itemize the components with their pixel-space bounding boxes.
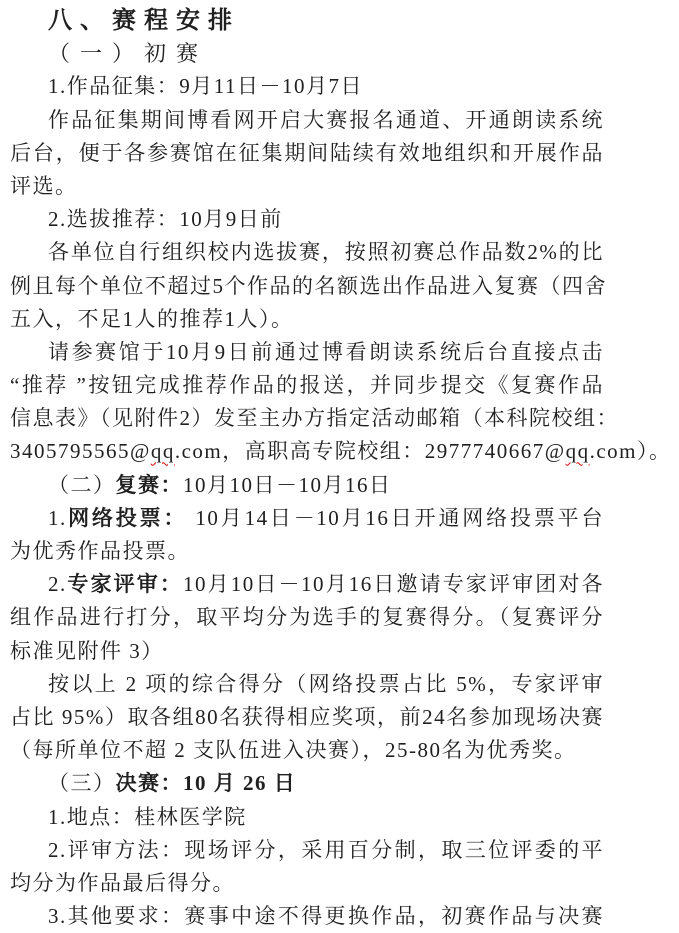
text-run: （二） (48, 473, 116, 497)
text-line: （每所单位不超 2 支队伍进入决赛），25-80名为优秀奖。 (10, 734, 604, 767)
text-run: （每所单位不超 2 支队伍进入决赛），25-80名为优秀奖。 (10, 738, 577, 762)
text-line: “推荐 ”按钮完成推荐作品的报送，并同步提交《复赛作品 (10, 369, 604, 402)
text-run: 评选。 (10, 174, 78, 198)
subsection-heading-semifinal: （二）复赛：10月10日－10月16日 (10, 469, 604, 502)
text-run: 3405795565@ (10, 439, 151, 463)
text-line: 作品征集期间博看网开启大赛报名通道、开通朗读系统 (10, 104, 604, 137)
text-run: 决赛：10 月 26 日 (116, 771, 297, 795)
text-run: （一）初赛 (48, 41, 208, 66)
text-run: 专家评审： (67, 572, 183, 596)
text-line: 1.作品征集：9月11日－10月7日 (10, 70, 604, 103)
text-line: 2.选拔推荐：10月9日前 (10, 203, 604, 236)
text-line: 各单位自行组织校内选拔赛，按照初赛总作品数2%的比 (10, 236, 604, 269)
text-run: 标准见附件 3） (10, 639, 164, 663)
text-run: 1.作品征集：9月11日－10月7日 (48, 74, 363, 98)
text-line: 1.网络投票： 10月14日－10月16日开通网络投票平台 (10, 502, 604, 535)
document-page: 八、赛程安排（一）初赛1.作品征集：9月11日－10月7日作品征集期间博看网开启… (0, 0, 679, 933)
text-line: 3.其他要求：赛事中途不得更换作品，初赛作品与决赛 (10, 900, 604, 933)
text-run: 网络投票： (67, 506, 188, 530)
text-line: 2.专家评审：10月10日－10月16日邀请专家评审团对各 (10, 568, 604, 601)
text-run: 10月10日－10月16日邀请专家评审团对各 (183, 572, 604, 596)
text-run: （三） (48, 771, 116, 795)
section-heading: 八、赛程安排 (10, 4, 604, 37)
text-line: 均分为作品最后得分。 (10, 867, 604, 900)
subsection-heading-final: （三）决赛：10 月 26 日 (10, 767, 604, 800)
document-text-body: 八、赛程安排（一）初赛1.作品征集：9月11日－10月7日作品征集期间博看网开启… (10, 4, 604, 933)
text-line: 2.评审方法：现场评分，采用百分制，取三位评委的平 (10, 834, 604, 867)
text-line: 五入，不足1人的推荐1人）。 (10, 303, 604, 336)
text-run: 五入，不足1人的推荐1人）。 (10, 307, 294, 331)
text-run: 作品征集期间博看网开启大赛报名通道、开通朗读系统 (48, 108, 604, 132)
text-line: 例且每个单位不超过5个作品的名额选出作品进入复赛（四舍 (10, 270, 604, 303)
subsection-heading-preliminary: （一）初赛 (10, 37, 604, 70)
text-run: 1.地点：桂林医学院 (48, 805, 247, 829)
text-run: 2.评审方法：现场评分，采用百分制，取三位评委的平 (48, 838, 604, 862)
text-run: 3.其他要求：赛事中途不得更换作品，初赛作品与决赛 (48, 904, 604, 928)
text-run: .com，高职高专院校组：2977740667@ (175, 439, 566, 463)
text-run: 例且每个单位不超过5个作品的名额选出作品进入复赛（四舍 (10, 274, 607, 298)
text-run: 各单位自行组织校内选拔赛，按照初赛总作品数2%的比 (48, 240, 604, 264)
text-run: 1. (48, 506, 67, 530)
text-line: 信息表》（见附件2）发至主办方指定活动邮箱（本科院校组： (10, 402, 604, 435)
text-line: 标准见附件 3） (10, 635, 604, 668)
text-run: 按以上 2 项的综合得分（网络投票占比 5%，专家评审 (48, 672, 604, 696)
text-line-emails: 3405795565@qq.com，高职高专院校组：2977740667@qq.… (10, 435, 604, 468)
text-run: 均分为作品最后得分。 (10, 871, 235, 895)
text-run: 复赛： (116, 473, 184, 497)
text-run: 占比 95%）取各组80名获得相应奖项，前24名参加现场决赛 (10, 705, 604, 729)
text-run: 后台，便于各参赛馆在征集期间陆续有效地组织和开展作品 (10, 141, 604, 165)
text-run: 2. (48, 572, 67, 596)
text-line: 请参赛馆于10月9日前通过博看朗读系统后台直接点击 (10, 336, 604, 369)
text-run: 信息表》（见附件2）发至主办方指定活动邮箱（本科院校组： (10, 406, 619, 430)
text-line: 1.地点：桂林医学院 (10, 801, 604, 834)
text-run: 10月14日－10月16日开通网络投票平台 (187, 506, 604, 530)
text-line: 为优秀作品投票。 (10, 535, 604, 568)
text-run: 请参赛馆于10月9日前通过博看朗读系统后台直接点击 (48, 340, 604, 364)
text-line: 后台，便于各参赛馆在征集期间陆续有效地组织和开展作品 (10, 137, 604, 170)
text-run: 2.选拔推荐：10月9日前 (48, 207, 283, 231)
text-line: 占比 95%）取各组80名获得相应奖项，前24名参加现场决赛 (10, 701, 604, 734)
text-line: 按以上 2 项的综合得分（网络投票占比 5%，专家评审 (10, 668, 604, 701)
text-run: 为优秀作品投票。 (10, 539, 190, 563)
text-run: 10月10日－10月16日 (183, 473, 392, 497)
misspelled-word-underline: qq (151, 439, 175, 463)
text-line: 组作品进行打分，取平均分为选手的复赛得分。（复赛评分 (10, 601, 604, 634)
text-run: 组作品进行打分，取平均分为选手的复赛得分。（复赛评分 (10, 605, 604, 629)
text-line: 评选。 (10, 170, 604, 203)
misspelled-word-underline: qq (566, 439, 590, 463)
text-run: “推荐 ”按钮完成推荐作品的报送，并同步提交《复赛作品 (10, 373, 604, 397)
text-run: .com）。 (590, 439, 672, 463)
text-run: 八、赛程安排 (48, 7, 240, 34)
